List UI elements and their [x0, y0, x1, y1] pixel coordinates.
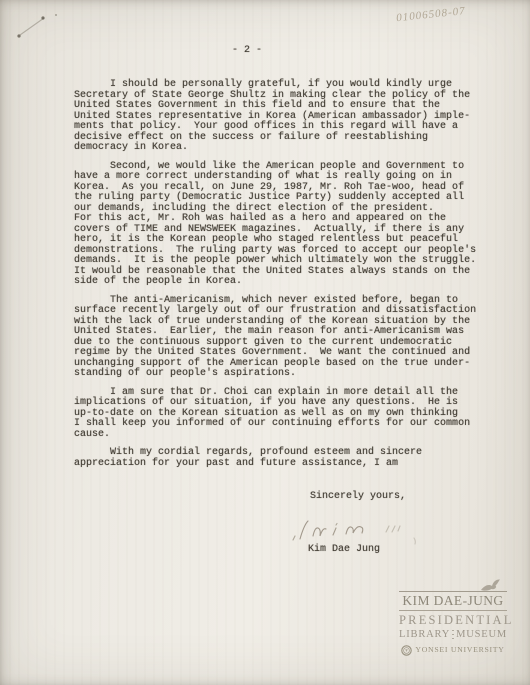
paragraph-3: The anti-Americanism, which never existe…	[74, 296, 504, 380]
handwritten-archive-number: 01006508-07	[396, 0, 517, 24]
stamp-museum-label: MUSEUM	[456, 628, 507, 641]
paragraph-5: With my cordial regards, profound esteem…	[74, 448, 504, 469]
page-number: - 2 -	[232, 46, 262, 57]
stamp-university-line: YONSEI UNIVERSITY	[399, 644, 507, 656]
dove-icon	[479, 578, 503, 592]
staple-mark	[12, 8, 67, 48]
stamp-top-rule	[399, 576, 507, 592]
stamp-library-label: LIBRARY	[399, 628, 450, 641]
and-separator	[452, 630, 454, 639]
paragraph-2: Second, we would like the American peopl…	[74, 162, 504, 288]
letter-body: I should be personally grateful, if you …	[74, 80, 504, 477]
library-stamp: KIM DAE-JUNG PRESIDENTIAL LIBRARYMUSEUM …	[399, 576, 507, 656]
paragraph-1: I should be personally grateful, if you …	[74, 80, 504, 154]
stamp-presidential-line: PRESIDENTIAL	[399, 613, 507, 628]
stamp-library-museum-line: LIBRARYMUSEUM	[399, 628, 507, 641]
yonsei-emblem-icon	[401, 645, 412, 656]
stamp-university-label: YONSEI UNIVERSITY	[415, 644, 504, 656]
closing-salutation: Sincerely yours,	[310, 492, 406, 503]
paragraph-4: I am sure that Dr. Choi can explain in m…	[74, 388, 504, 441]
stamp-name-line: KIM DAE-JUNG	[399, 592, 507, 611]
signer-name: Kim Dae Jung	[308, 545, 380, 556]
scanned-letter-page: 01006508-07 - 2 - I should be personally…	[0, 0, 530, 685]
